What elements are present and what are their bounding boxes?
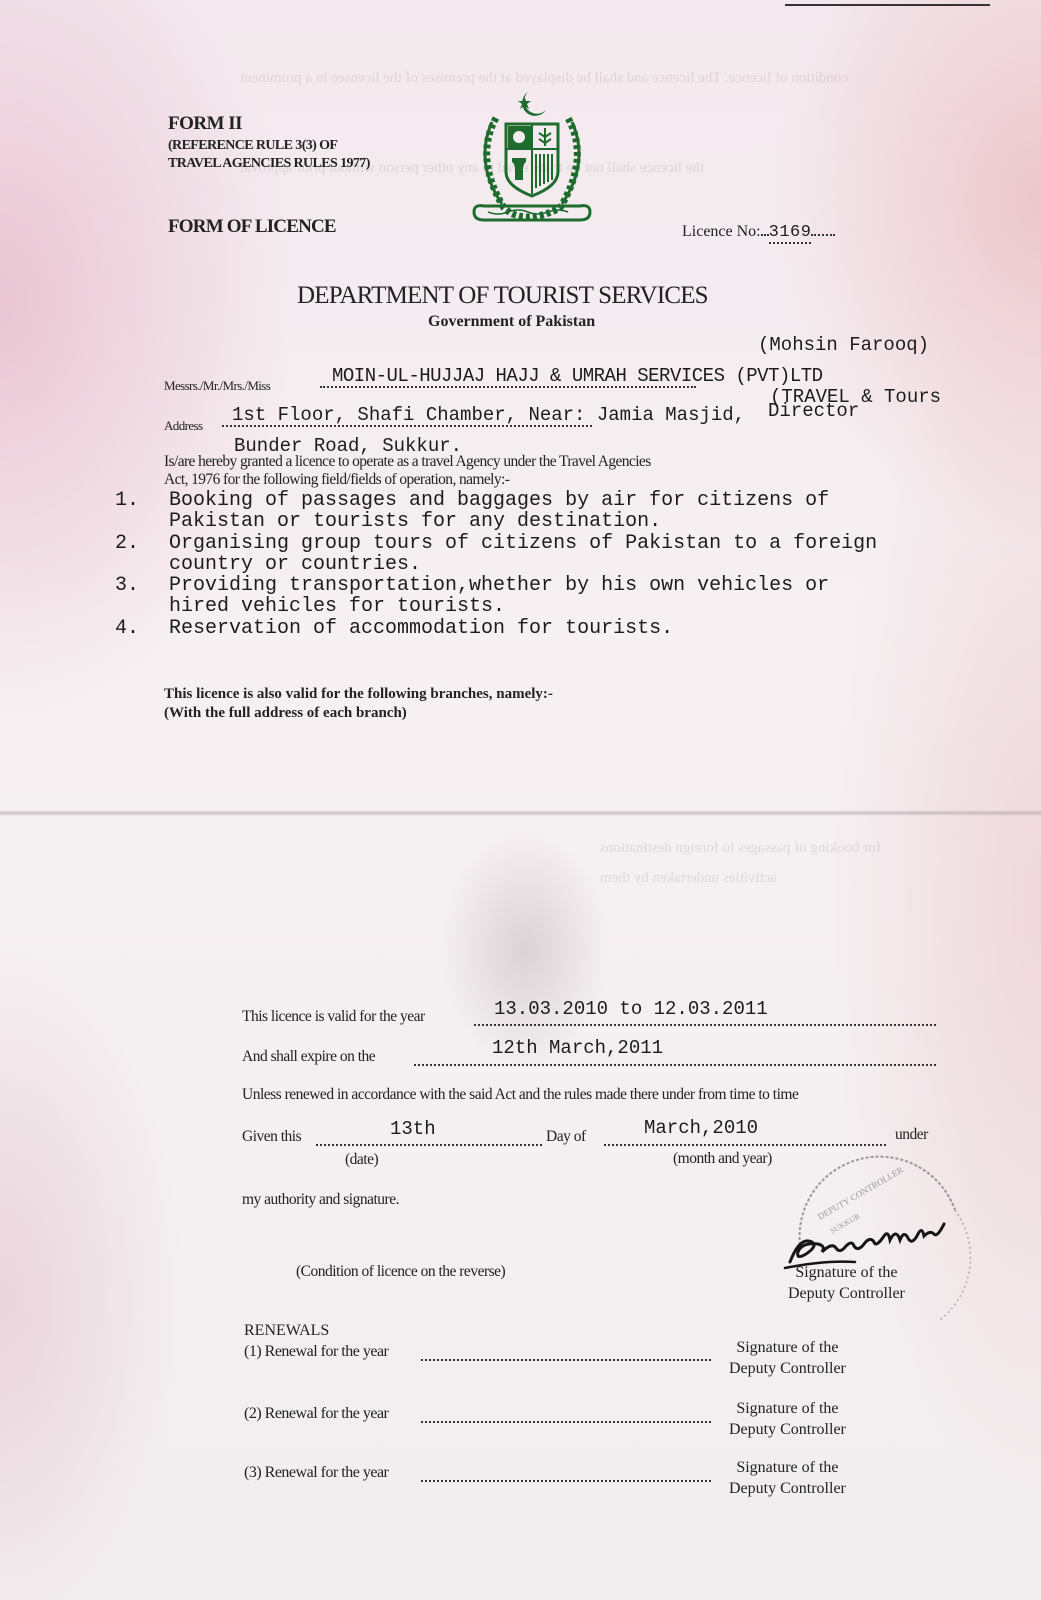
deputy-controller-signature-caption: Signature of the Deputy Controller bbox=[788, 1262, 905, 1304]
signature-caption-line2: Deputy Controller bbox=[729, 1478, 846, 1499]
given-day-dotted-line bbox=[316, 1144, 542, 1146]
renewals-title: RENEWALS bbox=[244, 1322, 329, 1340]
signature-caption-line1: Signature of the bbox=[729, 1337, 846, 1358]
department-subtitle: Government of Pakistan bbox=[428, 313, 595, 331]
signature-caption-line1: Signature of the bbox=[729, 1457, 846, 1478]
bleed-through-text: condition of licence. The licence and sh… bbox=[240, 70, 848, 87]
month-year-dotted-line bbox=[604, 1144, 886, 1146]
fields-of-operation-list: 1. Booking of passages and baggages by a… bbox=[115, 490, 877, 639]
signature-caption-line1: Signature of the bbox=[788, 1262, 905, 1283]
field-text: Booking of passages and baggages by air … bbox=[169, 490, 829, 533]
form-reference-line2: TRAVEL AGENCIES RULES 1977) bbox=[168, 155, 370, 173]
form-title: FORM OF LICENCE bbox=[168, 216, 336, 238]
branches-statement: This licence is also valid for the follo… bbox=[164, 686, 553, 703]
grant-statement-line2: Act, 1976 for the following field/fields… bbox=[164, 471, 509, 489]
field-text: Reservation of accommodation for tourist… bbox=[169, 618, 673, 639]
validity-value: 13.03.2010 to 12.03.2011 bbox=[494, 998, 768, 1020]
renewal-1-signature-caption: Signature of the Deputy Controller bbox=[729, 1337, 846, 1379]
field-text: Providing transportation,whether by his … bbox=[169, 575, 829, 618]
signature-caption-line1: Signature of the bbox=[729, 1398, 846, 1419]
given-month-year-value: March,2010 bbox=[644, 1117, 758, 1139]
field-item: 2. Organising group tours of citizens of… bbox=[115, 533, 877, 576]
branches-note: (With the full address of each branch) bbox=[164, 705, 407, 722]
top-rule bbox=[785, 4, 990, 6]
given-day-value: 13th bbox=[390, 1118, 436, 1140]
field-item: 4. Reservation of accommodation for tour… bbox=[115, 618, 877, 639]
authority-text: my authority and signature. bbox=[242, 1191, 399, 1209]
licence-number-value: 3169 bbox=[769, 223, 812, 244]
validity-label: This licence is valid for the year bbox=[242, 1008, 425, 1025]
director-name: (Mohsin Farooq) bbox=[758, 334, 929, 356]
condition-note: (Condition of licence on the reverse) bbox=[296, 1263, 505, 1281]
ink-smudge bbox=[440, 830, 610, 1070]
field-number: 3. bbox=[115, 575, 169, 618]
date-caption: (date) bbox=[345, 1151, 378, 1169]
department-title: DEPARTMENT OF TOURIST SERVICES bbox=[297, 282, 708, 310]
bleed-through-text: activities undertaken by them bbox=[600, 870, 777, 887]
signature-caption-line2: Deputy Controller bbox=[788, 1283, 905, 1304]
under-label: under bbox=[895, 1126, 928, 1144]
month-year-caption: (month and year) bbox=[673, 1150, 772, 1168]
renewal-1-dotted-line[interactable] bbox=[421, 1359, 711, 1361]
renewal-clause: Unless renewed in accordance with the sa… bbox=[242, 1086, 798, 1104]
field-item: 3. Providing transportation,whether by h… bbox=[115, 575, 877, 618]
day-of-label: Day of bbox=[546, 1128, 586, 1146]
renewal-2-signature-caption: Signature of the Deputy Controller bbox=[729, 1398, 846, 1440]
form-number: FORM II bbox=[168, 113, 242, 135]
expiry-label: And shall expire on the bbox=[242, 1048, 375, 1065]
validity-dotted-line bbox=[474, 1024, 936, 1026]
grant-statement-line1: Is/are hereby granted a licence to opera… bbox=[164, 453, 651, 471]
address-label: Address bbox=[164, 418, 202, 434]
expiry-row: And shall expire on the bbox=[242, 1048, 375, 1066]
field-number: 1. bbox=[115, 490, 169, 533]
state-emblem-icon bbox=[466, 88, 598, 238]
address-line1: 1st Floor, Shafi Chamber, Near: Jamia Ma… bbox=[232, 404, 745, 426]
renewal-1-label: (1) Renewal for the year bbox=[244, 1343, 388, 1361]
renewal-3-signature-caption: Signature of the Deputy Controller bbox=[729, 1457, 846, 1499]
renewal-2-label: (2) Renewal for the year bbox=[244, 1405, 388, 1423]
signature-caption-line2: Deputy Controller bbox=[729, 1358, 846, 1379]
field-item: 1. Booking of passages and baggages by a… bbox=[115, 490, 877, 533]
renewal-3-label: (3) Renewal for the year bbox=[244, 1464, 388, 1482]
expiry-dotted-line bbox=[414, 1064, 936, 1066]
given-label: Given this bbox=[242, 1128, 301, 1146]
field-number: 2. bbox=[115, 533, 169, 576]
expiry-value: 12th March,2011 bbox=[492, 1037, 663, 1059]
field-number: 4. bbox=[115, 618, 169, 639]
licensee-trade-type: (TRAVEL & Tours bbox=[770, 386, 941, 408]
form-reference-line1: (REFERENCE RULE 3(3) OF bbox=[168, 137, 370, 155]
field-text: Organising group tours of citizens of Pa… bbox=[169, 533, 877, 576]
licensee-label: Messrs./Mr./Mrs./Miss bbox=[164, 378, 270, 394]
form-reference: (REFERENCE RULE 3(3) OF TRAVEL AGENCIES … bbox=[168, 137, 370, 173]
paper-fold-crease bbox=[0, 810, 1041, 816]
licensee-name: MOIN-UL-HUJJAJ HAJJ & UMRAH SERVICES (PV… bbox=[332, 365, 823, 387]
validity-row: This licence is valid for the year bbox=[242, 1008, 425, 1026]
renewal-2-dotted-line[interactable] bbox=[421, 1421, 711, 1423]
renewal-3-dotted-line[interactable] bbox=[421, 1480, 711, 1482]
licence-number-label: Licence No: bbox=[682, 223, 761, 240]
signature-caption-line2: Deputy Controller bbox=[729, 1419, 846, 1440]
bleed-through-text: for booking of passages to foreign desti… bbox=[600, 840, 881, 857]
licence-number: Licence No:3169 bbox=[682, 223, 835, 244]
